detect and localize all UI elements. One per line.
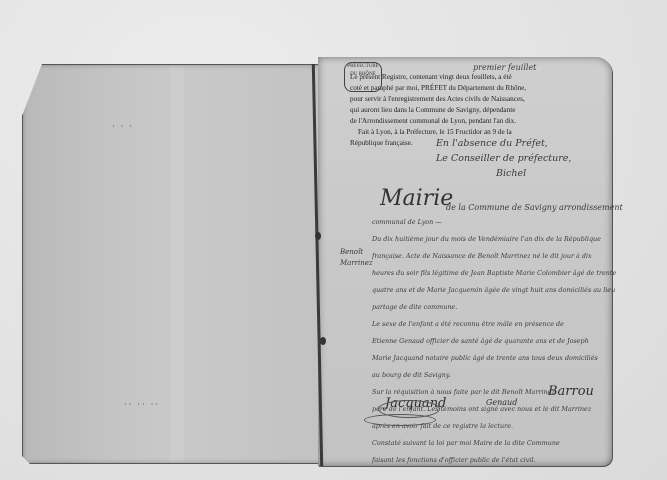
page-fold [170, 66, 184, 462]
record-line: communal de Lyon — [372, 214, 617, 231]
record-line: partage de dite commune. [372, 299, 617, 316]
margin-note-line: Benoît [340, 247, 373, 258]
ink-specks-bottom: ·· ·· ·· [124, 400, 160, 409]
record-line: Du dix huitième jour du mois de Vendémia… [372, 231, 617, 248]
binding-thread-knot [320, 337, 326, 345]
margin-note: Benoît Marrinez [340, 247, 373, 269]
record-line: Le sexe de l'enfant a été reconnu être m… [372, 316, 617, 333]
record-line: Etienne Genaud officier de santé âgé de … [372, 333, 617, 350]
record-line: heures du soir fils légitime de Jean Bap… [372, 265, 617, 282]
record-line: quatre ans et de Marie Jacquemin âgée de… [372, 282, 617, 299]
record-line: Constaté suivant la loi par moi Maire de… [372, 435, 617, 452]
header-line: Le présent Registre, contenant vingt deu… [350, 72, 610, 83]
record-line: faisant les fonctions d'officier public … [372, 452, 617, 469]
header-line: coté et paraphé par moi, PRÉFET du Dépar… [350, 83, 610, 94]
mairie-heading: Mairie [380, 186, 453, 211]
signature-genaud: Genaud [486, 398, 517, 407]
header-line: qui auront lieu dans la Commune de Savig… [350, 105, 610, 116]
ink-specks-top: · · · [112, 122, 134, 131]
mairie-heading-rest: de la Commune de Savigny arrondissement [446, 203, 623, 212]
absence-line: En l'absence du Préfet, [436, 136, 571, 151]
record-line: Marie Jacquand notaire public âgé de tre… [372, 350, 617, 367]
birth-record-text: communal de Lyon — Du dix huitième jour … [372, 214, 617, 469]
record-line: française. Acte de Naissance de Benoît M… [372, 248, 617, 265]
header-line: pour servir à l'enregistrement des Actes… [350, 94, 610, 105]
councillor-line: Le Conseiller de préfecture, [436, 151, 571, 166]
signature-flourish [364, 414, 436, 426]
prefect-signature: Bichel [436, 166, 571, 181]
record-line: au bourg de dit Savigny. [372, 367, 617, 384]
top-note: premier feuillet [473, 63, 536, 72]
margin-note-line: Marrinez [340, 258, 373, 269]
binding-thread-knot [315, 232, 321, 240]
prefect-signature-block: En l'absence du Préfet, Le Conseiller de… [436, 136, 571, 181]
header-line: de l'Arrondissement communal de Lyon, pe… [350, 116, 610, 127]
signature-barrou: Barrou [548, 384, 594, 399]
